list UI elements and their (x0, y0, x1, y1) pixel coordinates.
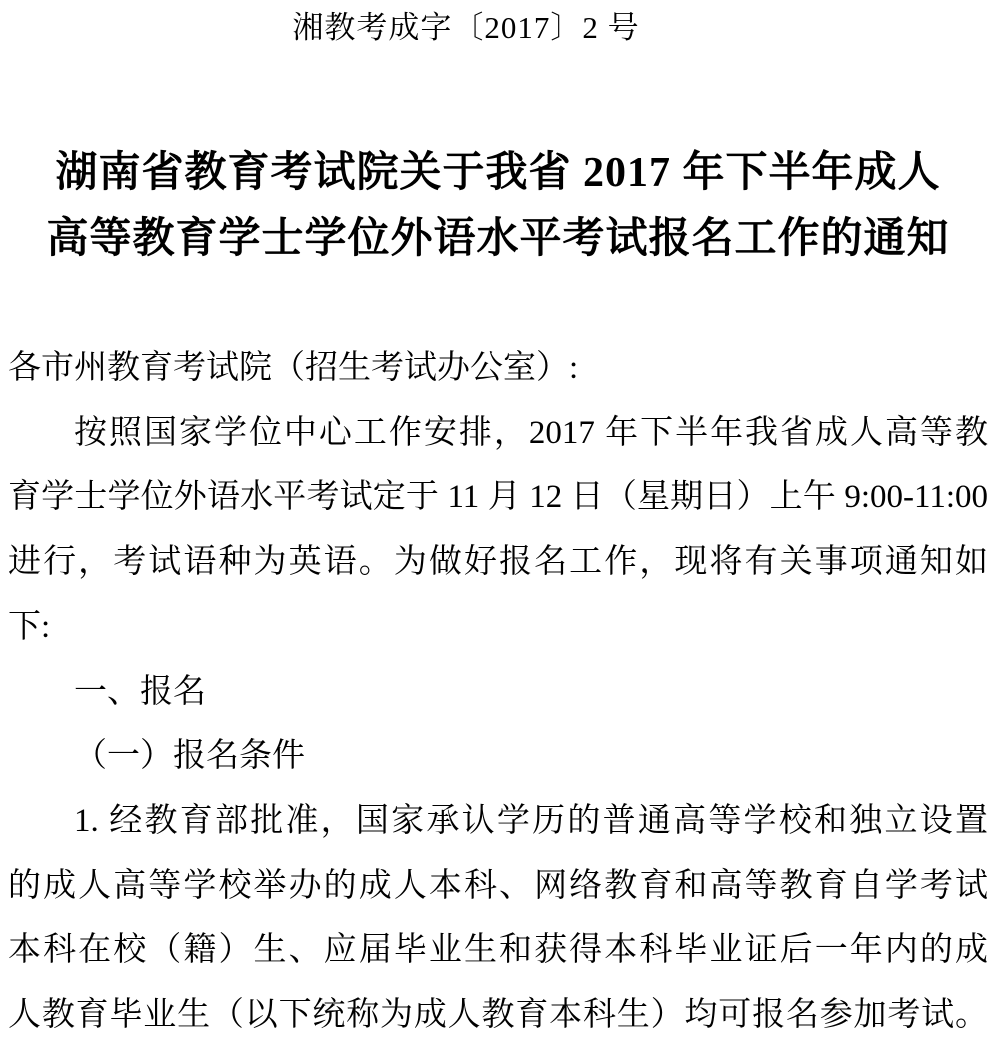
notice-body: 各市州教育考试院（招生考试办公室）: 按照国家学位中心工作安排，2017 年下半… (8, 336, 988, 1045)
body-line: 进行，考试语种为英语。为做好报名工作，现将有关事项通知如 (8, 530, 988, 595)
body-line: 人教育毕业生（以下统称为成人教育本科生）均可报名参加考试。 (8, 983, 988, 1045)
salutation-line: 各市州教育考试院（招生考试办公室）: (8, 336, 988, 401)
body-line: 本科在校（籍）生、应届毕业生和获得本科毕业证后一年内的成 (8, 918, 988, 983)
notice-title: 湖南省教育考试院关于我省 2017 年下半年成人 高等教育学士学位外语水平考试报… (8, 140, 988, 272)
body-line: 的成人高等学校举办的成人本科、网络教育和高等教育自学考试 (8, 854, 988, 919)
notice-title-line-2: 高等教育学士学位外语水平考试报名工作的通知 (8, 206, 988, 272)
body-line: 下: (8, 595, 988, 660)
subsection-heading-baoming-tiaojian: （一）报名条件 (8, 724, 988, 789)
notice-title-line-1: 湖南省教育考试院关于我省 2017 年下半年成人 (8, 140, 988, 206)
body-line: 育学士学位外语水平考试定于 11 月 12 日（星期日）上午 9:00-11:0… (8, 465, 988, 530)
document-page: 湘教考成字〔2017〕2 号 湖南省教育考试院关于我省 2017 年下半年成人 … (0, 0, 1000, 1045)
body-line: 1. 经教育部批准，国家承认学历的普通高等学校和独立设置 (8, 789, 988, 854)
body-line: 按照国家学位中心工作安排，2017 年下半年我省成人高等教 (8, 401, 988, 466)
section-heading-baoming: 一、报名 (8, 660, 988, 725)
doc-number: 湘教考成字〔2017〕2 号 (8, 8, 988, 48)
